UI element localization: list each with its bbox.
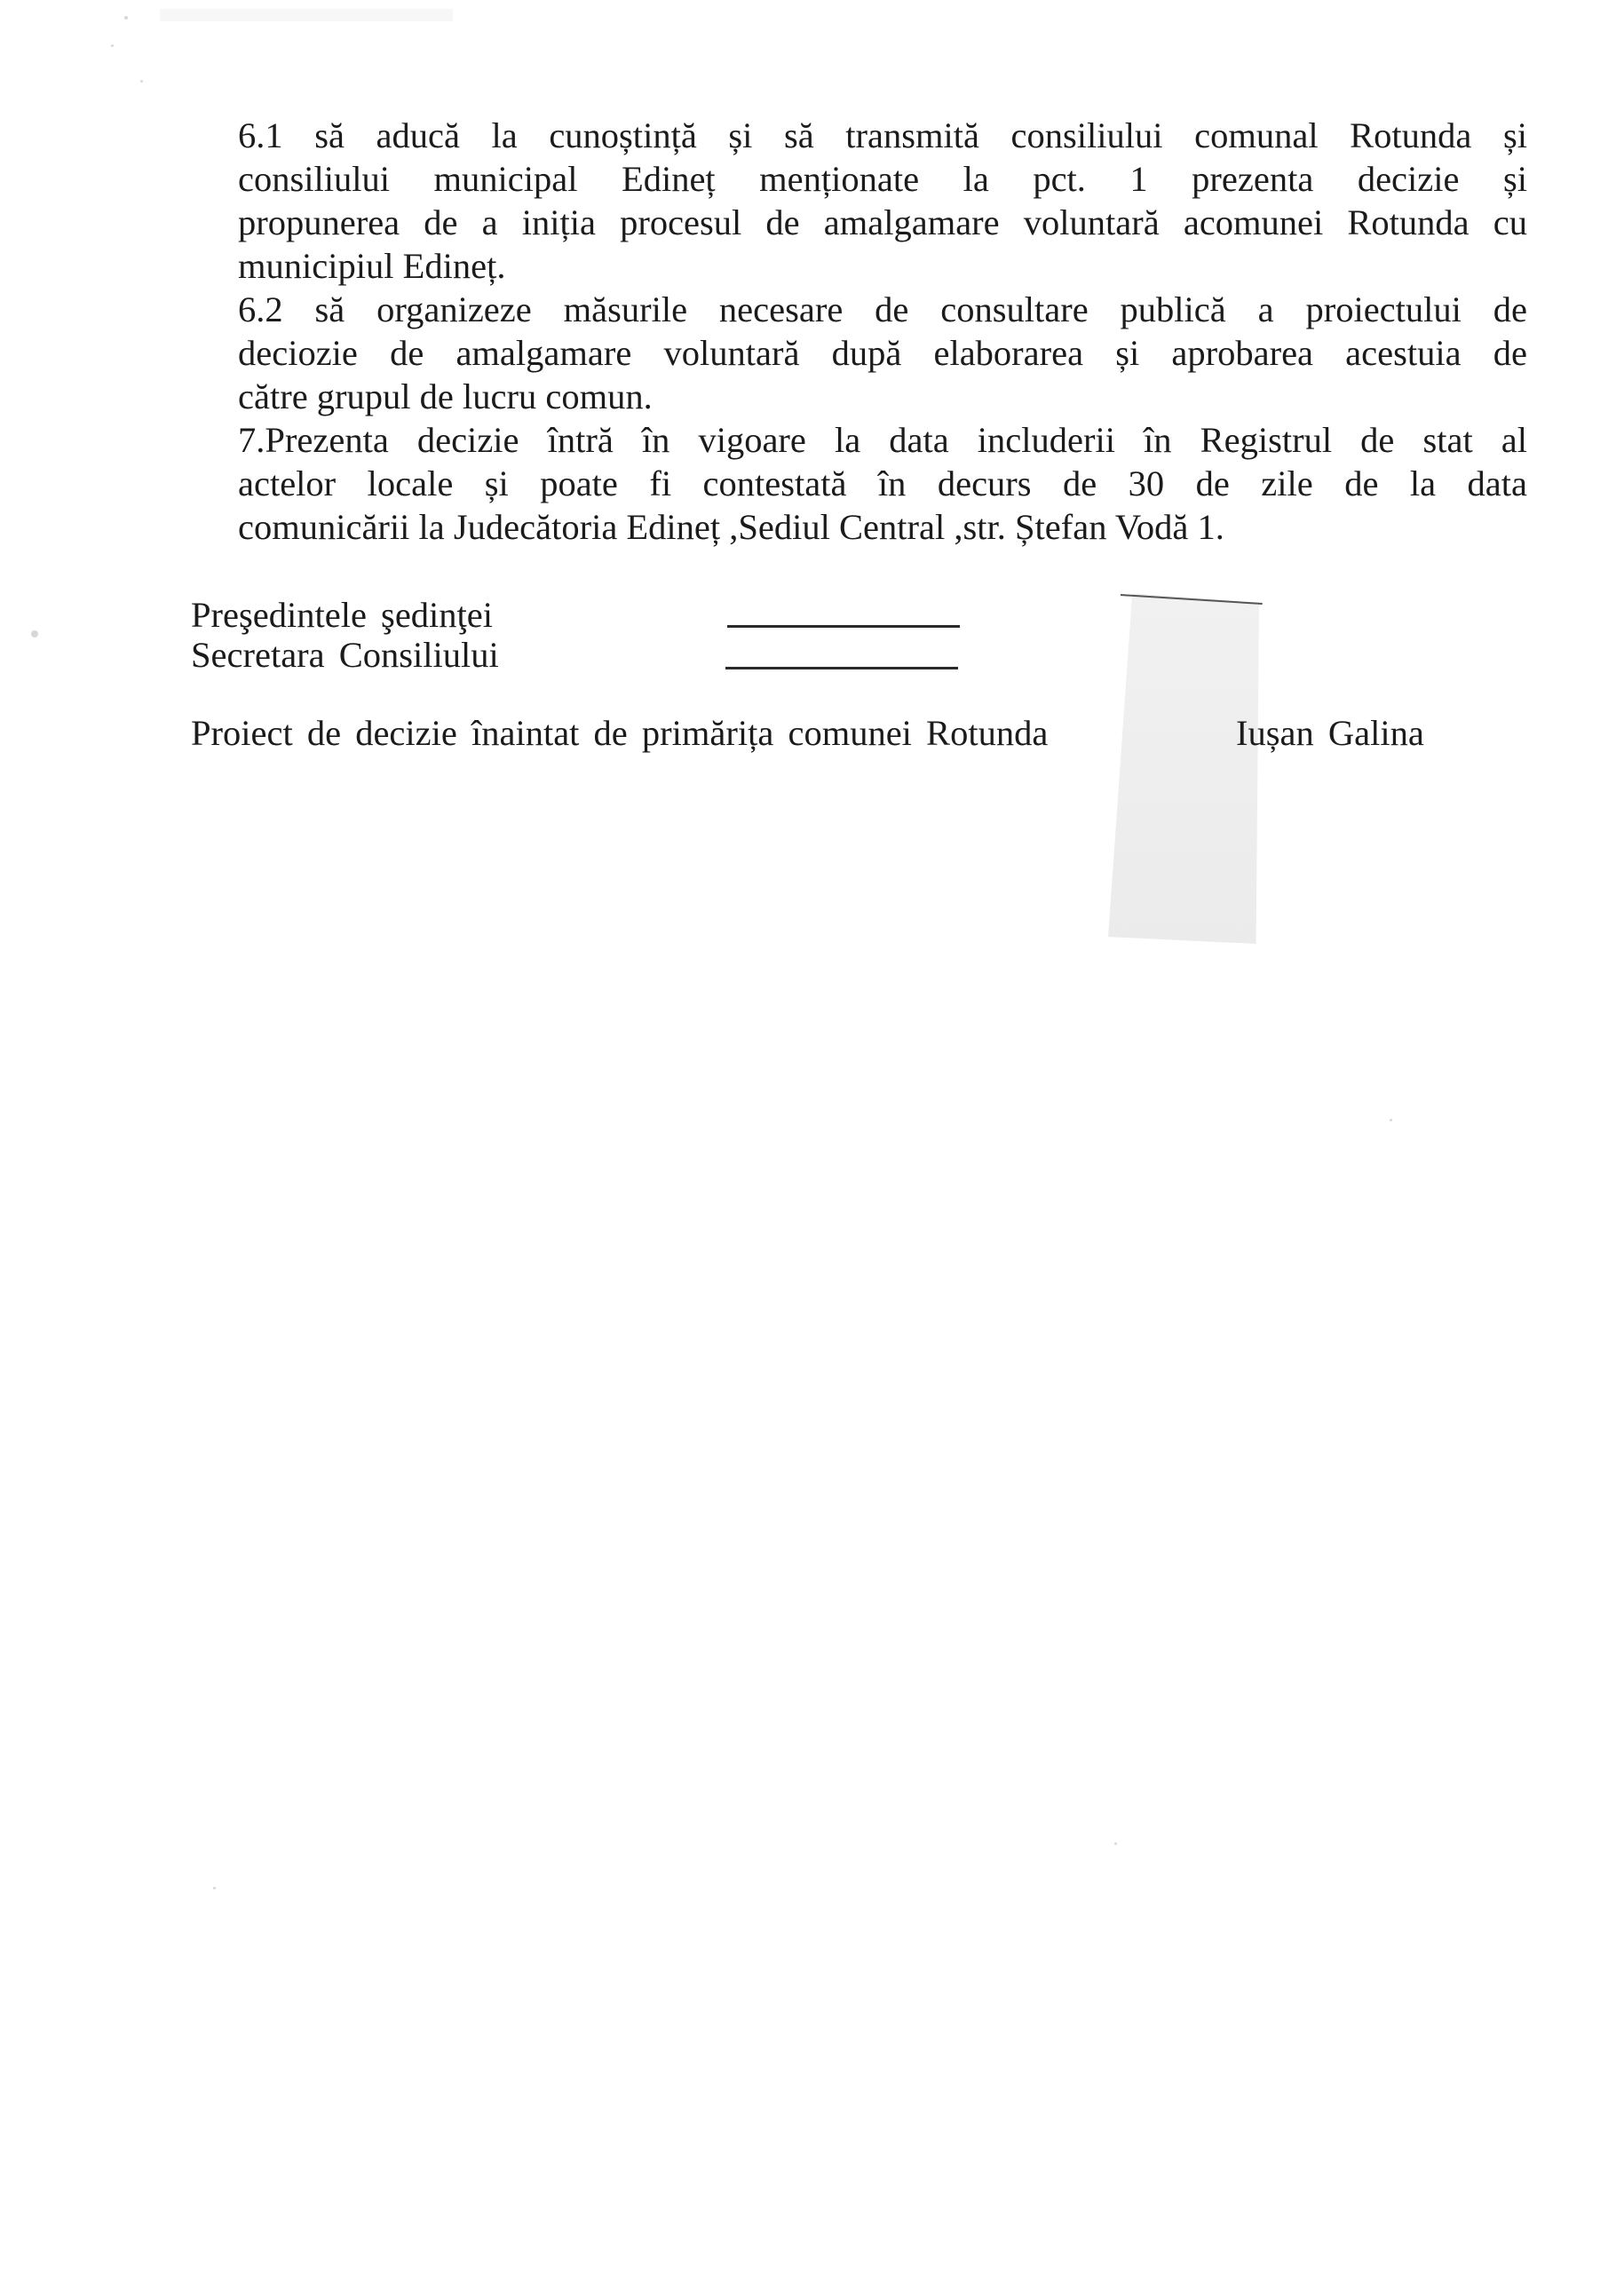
- text-line: propunerea de a iniția procesul de amalg…: [238, 201, 1527, 244]
- paragraph-6-1: 6.1 să aducă la cunoștință și să transmi…: [238, 114, 1527, 288]
- paragraph-7: 7.Prezenta decizie întră în vigoare la d…: [238, 418, 1527, 549]
- project-submitted-by: Proiect de decizie înaintat de primărița…: [191, 711, 1048, 755]
- text-line: 6.2 să organizeze măsurile necesare de c…: [238, 288, 1527, 331]
- scan-speck: [124, 16, 128, 20]
- text-line: consiliului municipal Edineț menționate …: [238, 157, 1527, 201]
- document-page: 6.1 să aducă la cunoștință și să transmi…: [0, 0, 1624, 2273]
- scan-speck: [213, 1887, 216, 1889]
- text-line: actelor locale și poate fi contestată în…: [238, 462, 1527, 505]
- text-line: deciozie de amalgamare voluntară după el…: [238, 331, 1527, 375]
- text-line: către grupul de lucru comun.: [238, 375, 1527, 418]
- scan-speck: [140, 80, 143, 83]
- text-line: 7.Prezenta decizie întră în vigoare la d…: [238, 418, 1527, 462]
- paragraph-6-2: 6.2 să organizeze măsurile necesare de c…: [238, 288, 1527, 418]
- text-line: 6.1 să aducă la cunoștință și să transmi…: [238, 114, 1527, 157]
- secretary-signature-label: Secretara Consiliului: [191, 633, 499, 677]
- scan-speck: [111, 44, 114, 47]
- secretary-signature-line: [725, 667, 958, 669]
- redaction-strip: [1108, 593, 1259, 944]
- president-signature-label: Preşedintele şedinţei: [191, 593, 493, 637]
- president-signature-line: [727, 625, 960, 628]
- scan-speck: [31, 630, 38, 638]
- scan-artifact: [160, 9, 453, 21]
- text-line: municipiul Edineț.: [238, 244, 1527, 288]
- scan-speck: [1390, 1119, 1392, 1121]
- scan-speck: [1114, 1842, 1117, 1845]
- author-name: Iușan Galina: [1236, 711, 1424, 755]
- text-line: comunicării la Judecătoria Edineț ,Sediu…: [238, 505, 1527, 549]
